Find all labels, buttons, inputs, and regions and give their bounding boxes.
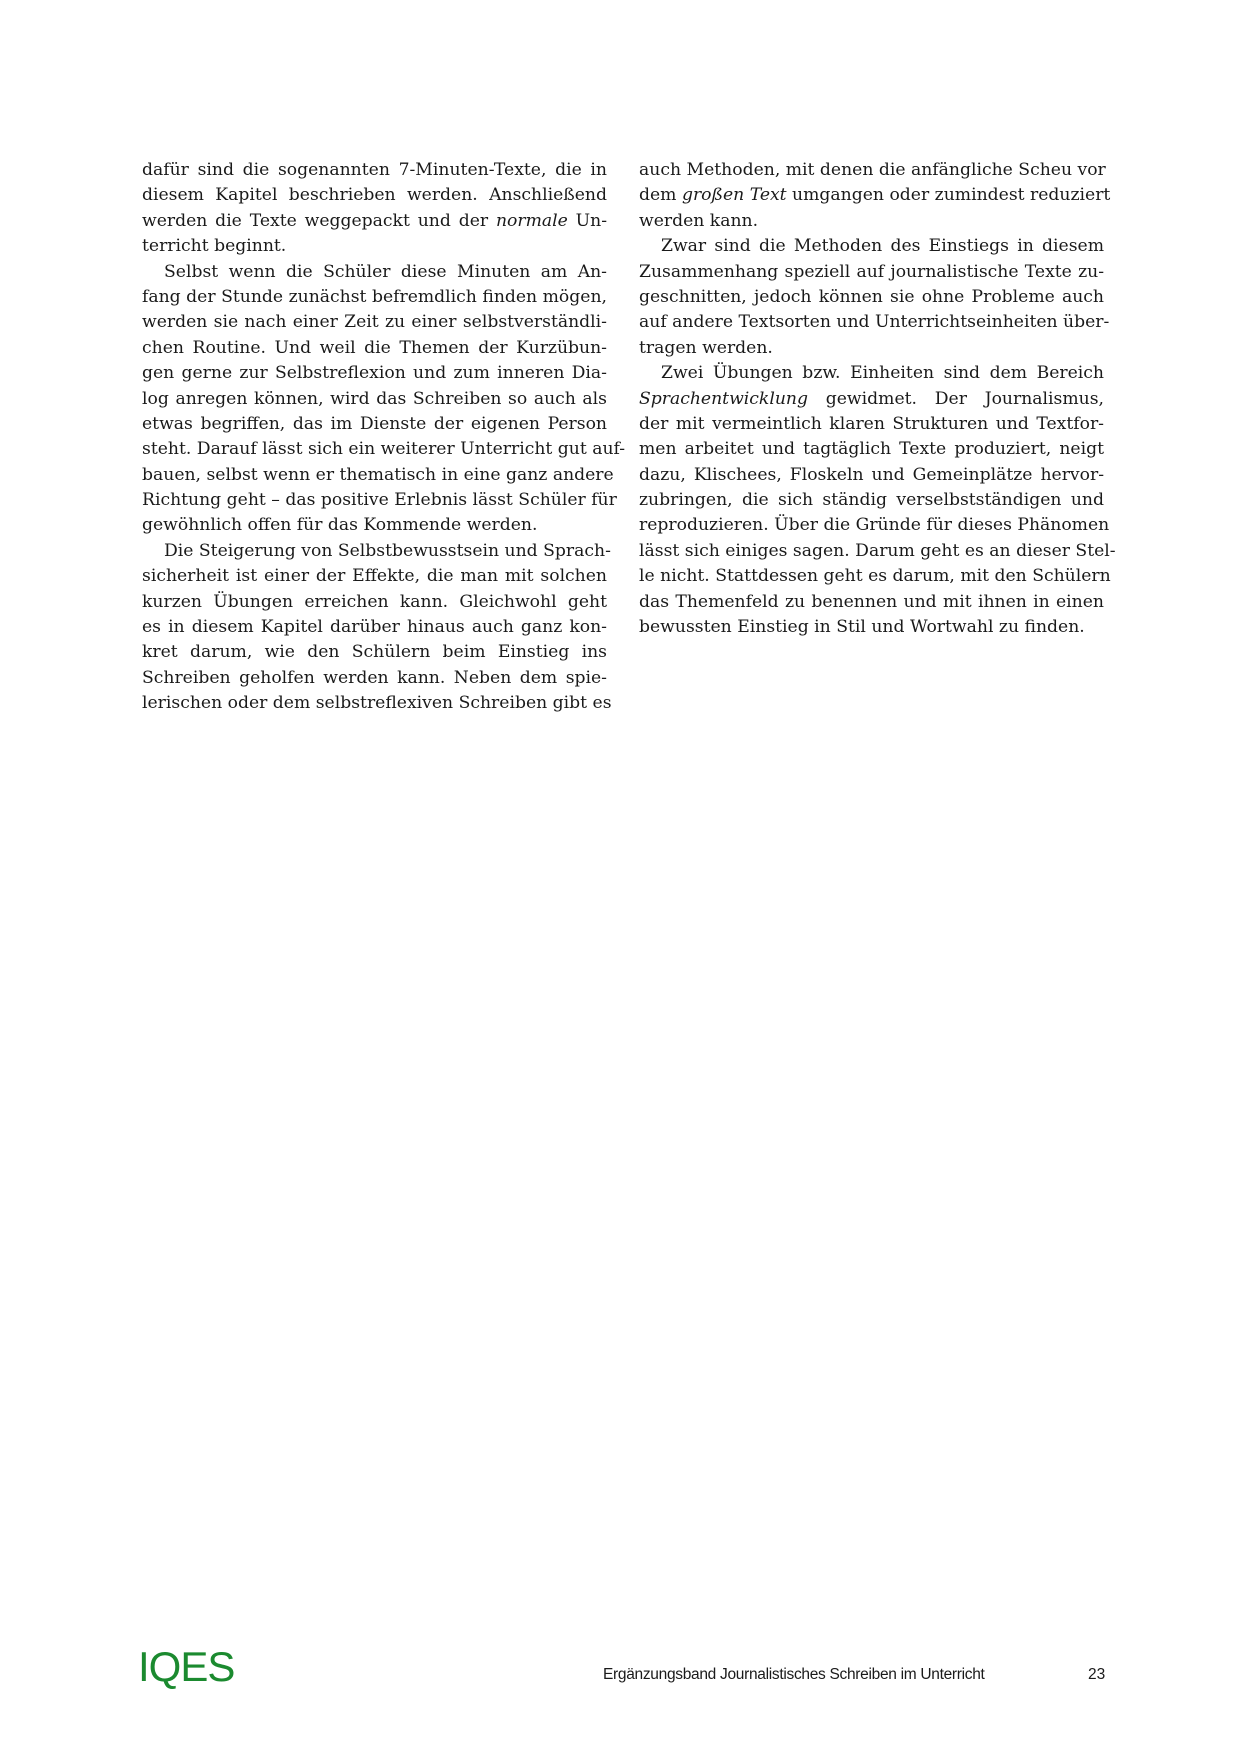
text-line: auch Methoden, mit denen die anfängliche… (639, 158, 1104, 183)
emphasis-sprachentwicklung: Sprachentwicklung (639, 389, 808, 409)
paragraph-start-line: Zwei Übungen bzw. Einheiten sind dem Ber… (639, 361, 1104, 386)
text-line: kurzen Übungen erreichen kann. Gleichwoh… (142, 590, 607, 615)
text-line: diesem Kapitel beschrieben werden. Ansch… (142, 183, 607, 208)
text-line: werden kann. (639, 209, 1104, 234)
text-line: der mit vermeintlich klaren Strukturen u… (639, 412, 1104, 437)
left-text-column: dafür sind die sogenannten 7-Minuten-Tex… (142, 158, 607, 717)
text-line: men arbeitet und tagtäglich Texte produz… (639, 437, 1104, 462)
text-line: reproduzieren. Über die Gründe für diese… (639, 513, 1104, 538)
text-line: Zusammenhang speziell auf journalistisch… (639, 260, 1104, 285)
footer-book-title: Ergänzungsband Journalistisches Schreibe… (603, 1666, 985, 1684)
text-line: terricht beginnt. (142, 234, 607, 259)
text-line: dazu, Klischees, Floskeln und Gemeinplät… (639, 463, 1104, 488)
text-line: chen Routine. Und weil die Themen der Ku… (142, 336, 607, 361)
text-line: lerischen oder dem selbstreflexiven Schr… (142, 691, 607, 716)
iqes-logo: IQES (138, 1645, 234, 1689)
text-line: le nicht. Stattdessen geht es darum, mit… (639, 564, 1104, 589)
text-line: es in diesem Kapitel darüber hinaus auch… (142, 615, 607, 640)
text-line: dem großen Text umgangen oder zumindest … (639, 183, 1104, 208)
text-line: Sprachentwicklung gewidmet. Der Journali… (639, 387, 1104, 412)
text-line: Schreiben geholfen werden kann. Neben de… (142, 666, 607, 691)
text-line: sicherheit ist einer der Effekte, die ma… (142, 564, 607, 589)
text-line: das Themenfeld zu benennen und mit ihnen… (639, 590, 1104, 615)
text-line: werden sie nach einer Zeit zu einer selb… (142, 310, 607, 335)
text-line: etwas begriffen, das im Dienste der eige… (142, 412, 607, 437)
paragraph-start-line: Zwar sind die Methoden des Einstiegs in … (639, 234, 1104, 259)
text-line: kret darum, wie den Schülern beim Einsti… (142, 640, 607, 665)
text-line: dafür sind die sogenannten 7-Minuten-Tex… (142, 158, 607, 183)
text-line: steht. Darauf lässt sich ein weiterer Un… (142, 437, 607, 462)
right-text-column: auch Methoden, mit denen die anfängliche… (639, 158, 1104, 640)
text-line: bewussten Einstieg in Stil und Wortwahl … (639, 615, 1104, 640)
text-line: log anregen können, wird das Schreiben s… (142, 387, 607, 412)
page-number: 23 (1088, 1666, 1105, 1684)
text-line: fang der Stunde zunächst befremdlich fin… (142, 285, 607, 310)
text-line: tragen werden. (639, 336, 1104, 361)
text-line: zubringen, die sich ständig verselbststä… (639, 488, 1104, 513)
paragraph-start-line: Selbst wenn die Schüler diese Minuten am… (142, 260, 607, 285)
text-line: gen gerne zur Selbstreflexion und zum in… (142, 361, 607, 386)
emphasis-normale: normale (496, 211, 568, 231)
text-line: gewöhnlich offen für das Kommende werden… (142, 513, 607, 538)
emphasis-grossen-text: großen Text (682, 185, 787, 205)
text-line: lässt sich einiges sagen. Darum geht es … (639, 539, 1104, 564)
text-line: geschnitten, jedoch können sie ohne Prob… (639, 285, 1104, 310)
text-line: werden die Texte weggepackt und der norm… (142, 209, 607, 234)
text-line: Richtung geht – das positive Erlebnis lä… (142, 488, 607, 513)
text-line: auf andere Textsorten und Unterrichtsein… (639, 310, 1104, 335)
text-line: bauen, selbst wenn er thematisch in eine… (142, 463, 607, 488)
paragraph-start-line: Die Steigerung von Selbstbewusstsein und… (142, 539, 607, 564)
